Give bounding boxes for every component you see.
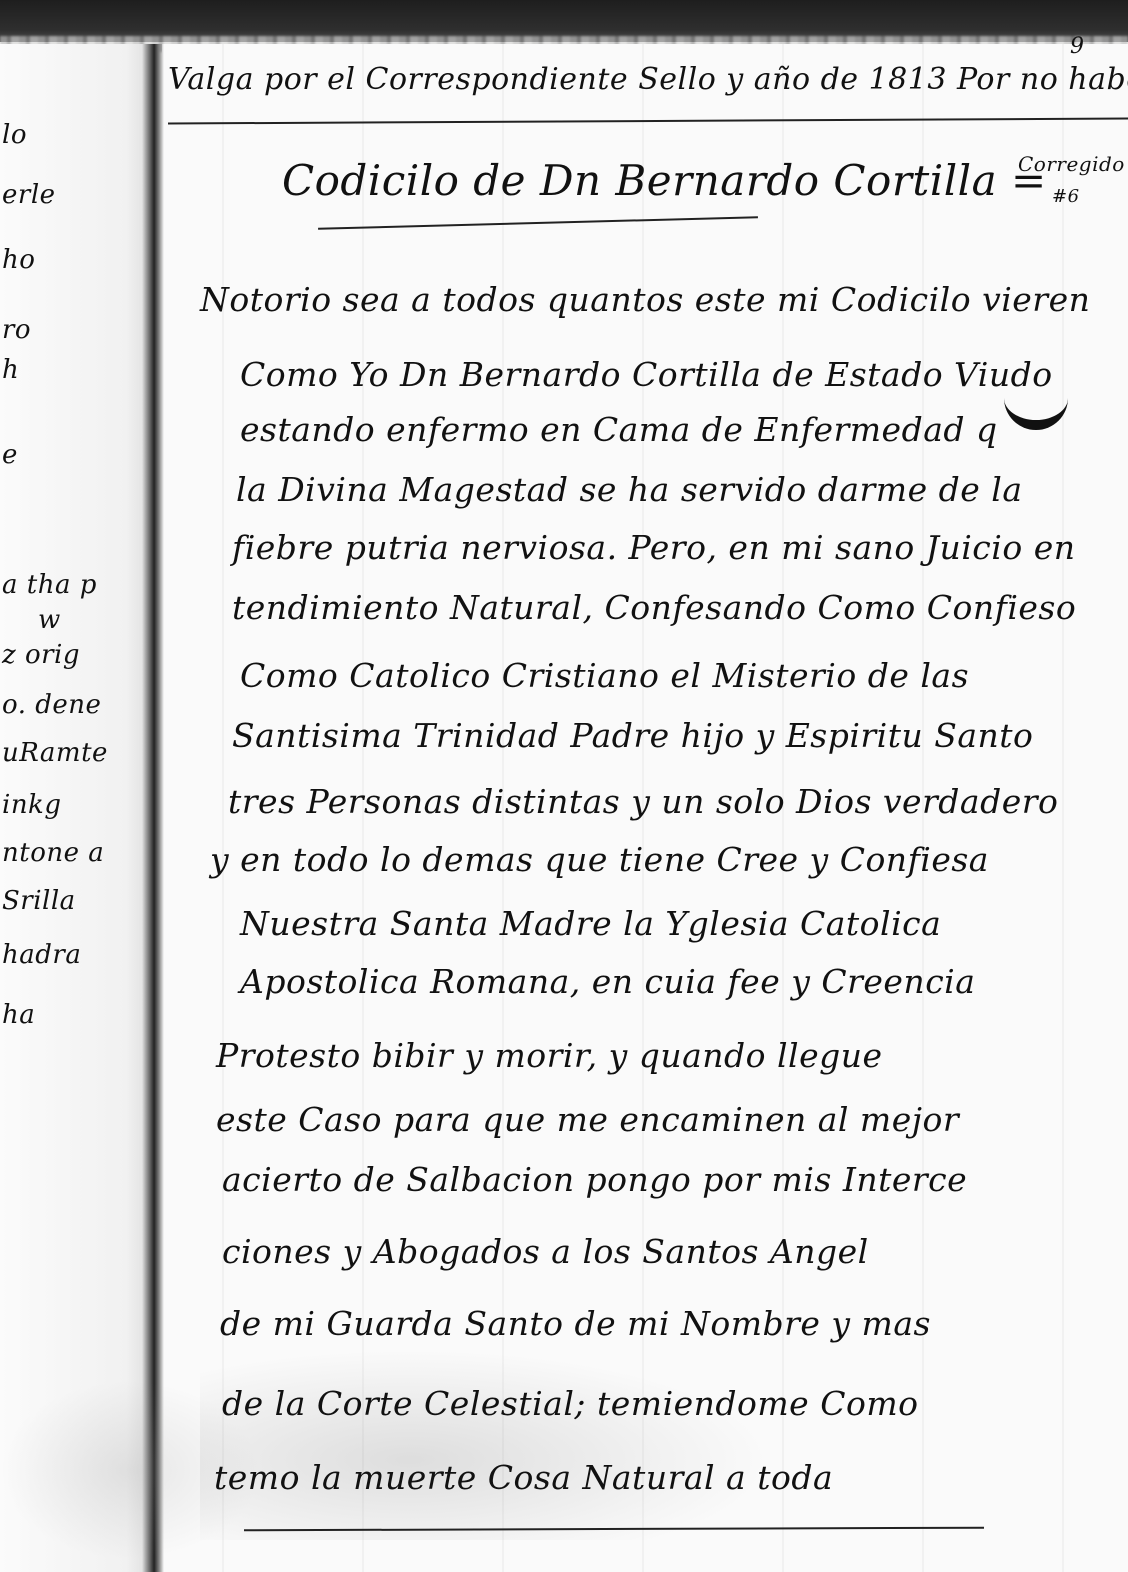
left-fragment: lo bbox=[2, 120, 27, 150]
body-line: Como Catolico Cristiano el Misterio de l… bbox=[240, 656, 969, 695]
body-line: Como Yo Dn Bernardo Cortilla de Estado V… bbox=[240, 355, 1053, 394]
document-title: Codicilo de Dn Bernardo Cortilla = bbox=[282, 156, 1047, 205]
left-fragment: w bbox=[38, 605, 61, 635]
water-stain bbox=[200, 1340, 800, 1540]
body-line: tres Personas distintas y un solo Dios v… bbox=[228, 782, 1058, 821]
book-spine-gutter bbox=[142, 44, 164, 1572]
body-line: la Divina Magestad se ha servido darme d… bbox=[236, 470, 1023, 509]
body-line: de la Corte Celestial; temiendome Como bbox=[222, 1384, 918, 1423]
left-fragment: o. dene bbox=[2, 690, 101, 720]
body-line: Apostolica Romana, en cuia fee y Creenci… bbox=[240, 962, 975, 1001]
left-fragment: a tha p bbox=[2, 570, 97, 600]
left-fragment: erle bbox=[2, 180, 56, 210]
left-fragment: z orig bbox=[2, 640, 80, 670]
body-line: ciones y Abogados a los Santos Angel bbox=[222, 1232, 869, 1271]
body-line: estando enfermo en Cama de Enfermedad q bbox=[240, 410, 998, 449]
body-line: fiebre putria nerviosa. Pero, en mi sano… bbox=[232, 528, 1075, 567]
body-line: acierto de Salbacion pongo por mis Inter… bbox=[222, 1160, 967, 1199]
body-line: tendimiento Natural, Confesando Como Con… bbox=[232, 588, 1076, 627]
left-fragment: Srilla bbox=[2, 886, 76, 916]
left-fragment: uRamte bbox=[2, 738, 108, 768]
margin-mark: #6 bbox=[1052, 186, 1080, 207]
stamp-validation-header: Valga por el Correspondiente Sello y año… bbox=[168, 62, 1128, 97]
left-fragment: h bbox=[2, 355, 19, 385]
left-fragment: e bbox=[2, 440, 18, 470]
left-fragment: ho bbox=[2, 245, 35, 275]
page-number: 9 bbox=[1070, 34, 1085, 59]
left-fragment: hadra bbox=[2, 940, 81, 970]
body-line: Notorio sea a todos quantos este mi Codi… bbox=[200, 280, 1090, 319]
margin-note: Corregido bbox=[1018, 152, 1125, 176]
body-line: este Caso para que me encaminen al mejor bbox=[216, 1100, 959, 1139]
left-fragment: ro bbox=[2, 315, 31, 345]
body-line: Santisima Trinidad Padre hijo y Espiritu… bbox=[232, 716, 1033, 755]
body-line: Nuestra Santa Madre la Yglesia Catolica bbox=[240, 904, 941, 943]
body-line: temo la muerte Cosa Natural a toda bbox=[214, 1458, 833, 1497]
left-fragment: inkg bbox=[2, 790, 61, 820]
left-fragment: ha bbox=[2, 1000, 35, 1030]
body-line: de mi Guarda Santo de mi Nombre y mas bbox=[220, 1304, 931, 1343]
body-line: Protesto bibir y morir, y quando llegue bbox=[216, 1036, 883, 1075]
left-fragment: ntone a bbox=[2, 838, 104, 868]
body-line: y en todo lo demas que tiene Cree y Conf… bbox=[210, 840, 989, 879]
